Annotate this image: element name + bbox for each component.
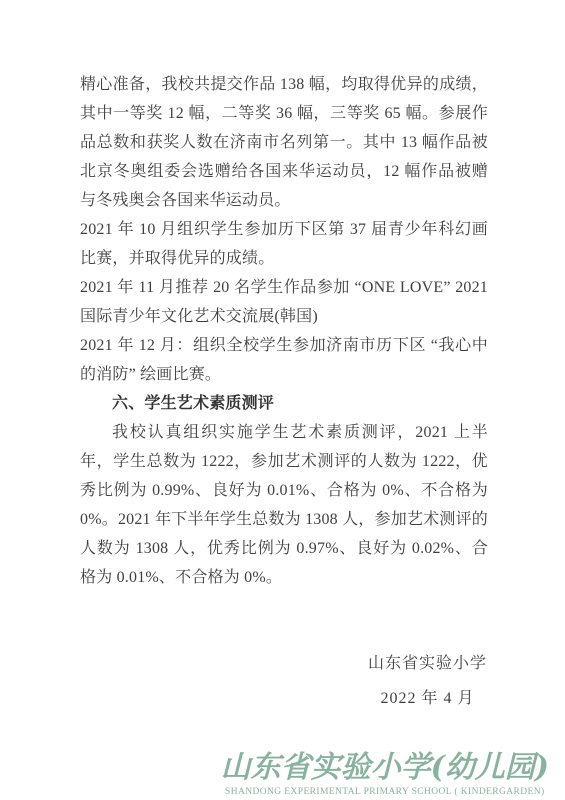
paragraph-one-love-exchange: 2021 年 11 月推荐 20 名学生作品参加 “ONE LOVE” 2021… [80, 273, 488, 331]
paragraph-scifi-contest: 2021 年 10 月组织学生参加历下区第 37 届青少年科幻画比赛，并取得优异… [80, 215, 488, 273]
section-heading-art-assessment: 六、学生艺术素质测评 [80, 389, 488, 418]
school-logo-calligraphy: 山东省实验小学(幼儿园) [221, 750, 549, 786]
signature-school-name: 山东省实验小学 [368, 646, 487, 681]
document-page: 精心准备，我校共提交作品 138 幅，均取得优异的成绩，其中一等奖 12 幅，二… [0, 0, 565, 800]
paragraph-assessment-statistics: 我校认真组织实施学生艺术素质测评，2021 上半年，学生总数为 1222，参加艺… [80, 418, 488, 592]
paragraph-art-awards: 精心准备，我校共提交作品 138 幅，均取得优异的成绩，其中一等奖 12 幅，二… [80, 70, 488, 215]
school-logo: 山东省实验小学(幼儿园) SHANDONG EXPERIMENTAL PRIMA… [221, 750, 549, 798]
document-body: 精心准备，我校共提交作品 138 幅，均取得优异的成绩，其中一等奖 12 幅，二… [80, 70, 488, 592]
school-logo-english-caption: SHANDONG EXPERIMENTAL PRIMARY SCHOOL ( K… [221, 786, 549, 798]
signature-block: 山东省实验小学 2022 年 4 月 [368, 646, 487, 716]
paragraph-fire-safety-contest: 2021 年 12 月：组织全校学生参加济南市历下区 “我心中的消防” 绘画比赛… [80, 331, 488, 389]
signature-date: 2022 年 4 月 [368, 681, 487, 716]
